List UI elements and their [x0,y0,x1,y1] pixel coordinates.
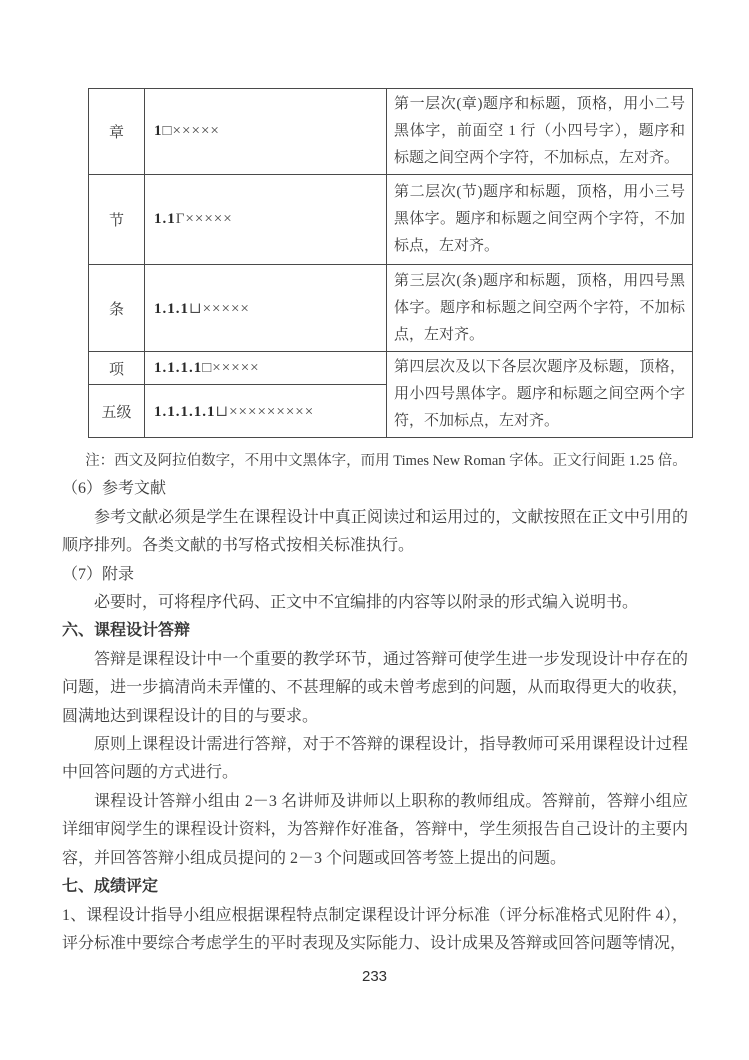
table-cell-level: 章 [89,89,145,175]
table-cell-level: 项 [89,352,145,385]
table-cell-description: 第三层次(条)题序和标题，顶格，用四号黑体字。题序和标题之间空两个字符，不加标点… [387,265,693,352]
table-cell-description-merged: 第四层次及以下各层次题序及标题，顶格，用小四号黑体字。题序和标题之间空两个字符，… [387,352,693,438]
table-row: 项 1.1.1.1□××××× 第四层次及以下各层次题序及标题，顶格，用小四号黑… [89,352,693,385]
table-row: 节 1.1Γ××××× 第二层次(节)题序和标题，顶格，用小三号黑体字。题序和标… [89,175,693,265]
table-cell-description: 第一层次(章)题序和标题，顶格，用小二号黑体字，前面空 1 行（小四号字），题序… [387,89,693,175]
defense-paragraph-3: 课程设计答辩小组由 2－3 名讲师及讲师以上职称的教师组成。答辩前，答辩小组应详… [62,788,688,873]
table-cell-example: 1.1.1.1□××××× [145,352,387,385]
example-number: 1.1.1.1.1 [154,404,216,420]
heading-format-table: 章 1□××××× 第一层次(章)题序和标题，顶格，用小二号黑体字，前面空 1 … [88,88,693,438]
example-placeholder: □××××× [163,123,220,139]
example-number: 1.1 [154,211,176,227]
references-subheading: （6）参考文献 [62,475,688,503]
example-placeholder: ⊔××××× [189,301,250,317]
table-note: 注：西文及阿拉伯数字，不用中文黑体字，而用 Times New Roman 字体… [62,447,688,475]
example-placeholder: Γ××××× [176,211,233,227]
table-cell-level: 节 [89,175,145,265]
grading-paragraph: 1、课程设计指导小组应根据课程特点制定课程设计评分标准（评分标准格式见附件 4）… [62,902,688,959]
table-cell-description: 第二层次(节)题序和标题，顶格，用小三号黑体字。题序和标题之间空两个字符，不加标… [387,175,693,265]
appendix-subheading: （7）附录 [62,561,688,589]
table-cell-example: 1□××××× [145,89,387,175]
grading-section-heading: 七、成绩评定 [62,873,688,901]
defense-section-heading: 六、课程设计答辩 [62,617,688,645]
example-number: 1.1.1 [154,301,189,317]
page-number: 233 [0,968,749,985]
appendix-paragraph: 必要时，可将程序代码、正文中不宜编排的内容等以附录的形式编入说明书。 [62,589,688,617]
table-row: 章 1□××××× 第一层次(章)题序和标题，顶格，用小二号黑体字，前面空 1 … [89,89,693,175]
table-cell-level: 五级 [89,385,145,438]
example-placeholder: □××××× [202,360,259,376]
defense-paragraph-2: 原则上课程设计需进行答辩，对于不答辩的课程设计，指导教师可采用课程设计过程中回答… [62,731,688,788]
table-row: 条 1.1.1⊔××××× 第三层次(条)题序和标题，顶格，用四号黑体字。题序和… [89,265,693,352]
example-placeholder: ⊔××××××××× [216,404,315,420]
example-number: 1 [154,123,163,139]
table-cell-example: 1.1Γ××××× [145,175,387,265]
body-text: 注：西文及阿拉伯数字，不用中文黑体字，而用 Times New Roman 字体… [62,447,688,958]
document-page: 章 1□××××× 第一层次(章)题序和标题，顶格，用小二号黑体字，前面空 1 … [0,0,749,1060]
table-cell-level: 条 [89,265,145,352]
table-cell-example: 1.1.1⊔××××× [145,265,387,352]
document-content: 章 1□××××× 第一层次(章)题序和标题，顶格，用小二号黑体字，前面空 1 … [62,88,688,958]
example-number: 1.1.1.1 [154,360,202,376]
table-cell-example: 1.1.1.1.1⊔××××××××× [145,385,387,438]
references-paragraph: 参考文献必须是学生在课程设计中真正阅读过和运用过的，文献按照在正文中引用的顺序排… [62,504,688,561]
defense-paragraph-1: 答辩是课程设计中一个重要的教学环节，通过答辩可使学生进一步发现设计中存在的问题，… [62,646,688,731]
